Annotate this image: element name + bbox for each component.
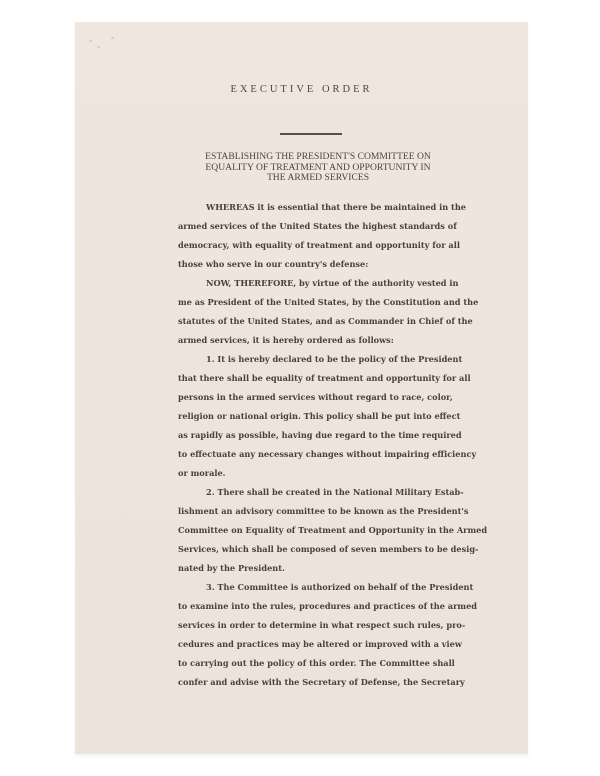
text-line: to examine into the rules, procedures an… xyxy=(178,601,477,611)
text-line: me as President of the United States, by… xyxy=(178,297,478,307)
document-heading: EXECUTIVE ORDER xyxy=(75,84,528,95)
text-line: cedures and practices may be altered or … xyxy=(178,639,462,649)
text-line: democracy, with equality of treatment an… xyxy=(178,240,460,250)
text-line: armed services, it is hereby ordered as … xyxy=(178,335,394,345)
text-line: 1. It is hereby declared to be the polic… xyxy=(206,354,462,364)
text-line: or morale. xyxy=(178,468,226,478)
text-line: confer and advise with the Secretary of … xyxy=(178,677,465,687)
text-line: lishment an advisory committee to be kno… xyxy=(178,506,469,516)
ink-smudge xyxy=(97,46,100,48)
text-line: those who serve in our country's defense… xyxy=(178,259,368,269)
subtitle-line: ESTABLISHING THE PRESIDENT'S COMMITTEE O… xyxy=(180,152,456,163)
document-subtitle: ESTABLISHING THE PRESIDENT'S COMMITTEE O… xyxy=(180,152,456,184)
text-line: to carrying out the policy of this order… xyxy=(178,658,455,668)
text-line: persons in the armed services without re… xyxy=(178,392,453,402)
ink-smudge xyxy=(89,40,92,42)
text-line: Services, which shall be composed of sev… xyxy=(178,544,478,554)
text-line: armed services of the United States the … xyxy=(178,221,457,231)
subtitle-line: THE ARMED SERVICES xyxy=(180,173,456,184)
text-line: WHEREAS it is essential that there be ma… xyxy=(206,202,466,212)
text-line: NOW, THEREFORE, by virtue of the authori… xyxy=(206,278,458,288)
document-page: EXECUTIVE ORDER ESTABLISHING THE PRESIDE… xyxy=(75,22,528,754)
text-line: religion or national origin. This policy… xyxy=(178,411,460,421)
text-line: statutes of the United States, and as Co… xyxy=(178,316,473,326)
text-line: nated by the President. xyxy=(178,563,285,573)
text-line: Committee on Equality of Treatment and O… xyxy=(178,525,487,535)
text-line: 3. The Committee is authorized on behalf… xyxy=(206,582,473,592)
text-line: services in order to determine in what r… xyxy=(178,620,465,630)
heading-rule xyxy=(280,133,342,135)
text-line: to effectuate any necessary changes with… xyxy=(178,449,476,459)
text-line: that there shall be equality of treatmen… xyxy=(178,373,471,383)
ink-smudge xyxy=(111,37,114,39)
text-line: 2. There shall be created in the Nationa… xyxy=(206,487,464,497)
text-line: as rapidly as possible, having due regar… xyxy=(178,430,462,440)
